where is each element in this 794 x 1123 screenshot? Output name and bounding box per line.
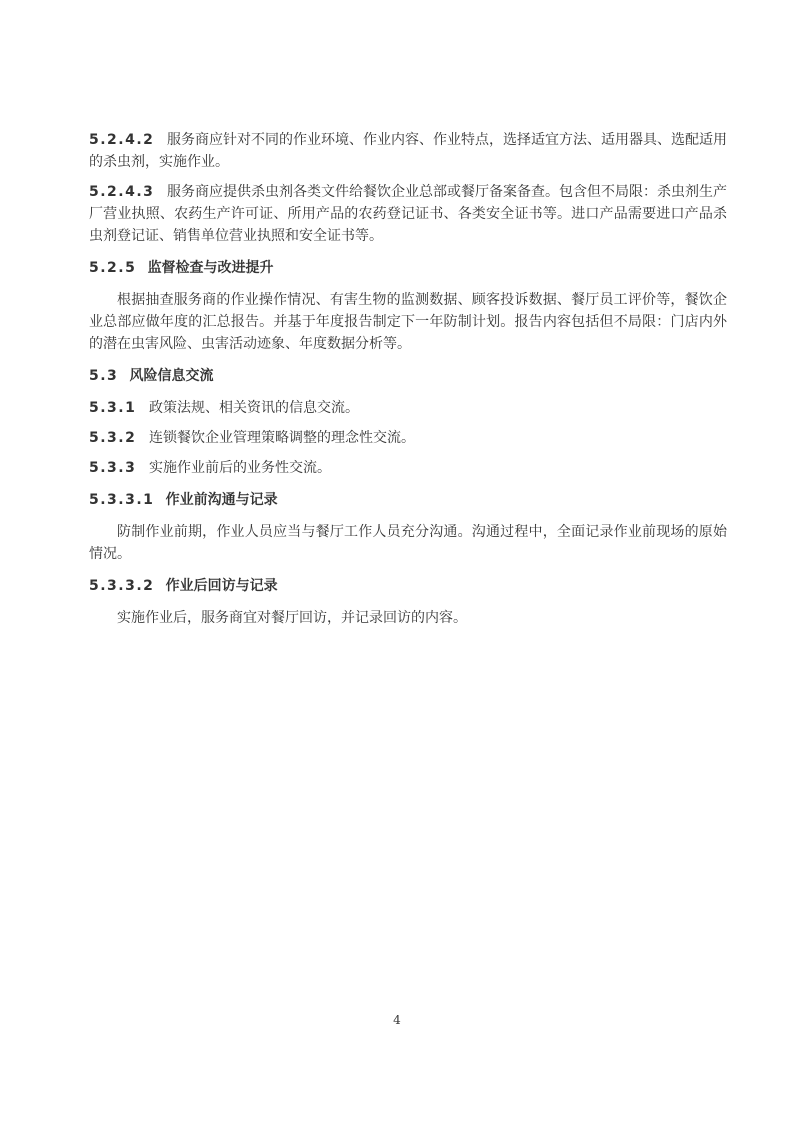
clause-number: 5.3.2 bbox=[89, 430, 136, 446]
heading-title: 作业后回访与记录 bbox=[166, 578, 278, 594]
heading-number: 5.2.5 bbox=[89, 260, 136, 276]
page-number: 4 bbox=[0, 1012, 794, 1028]
clause-text: 连锁餐饮企业管理策略调整的理念性交流。 bbox=[149, 430, 415, 446]
clause-text: 服务商应针对不同的作业环境、作业内容、作业特点，选择适宜方法、适用器具、选配适用… bbox=[89, 132, 727, 170]
clause-5-3-1: 5.3.1政策法规、相关资讯的信息交流。 bbox=[89, 397, 727, 419]
clause-number: 5.2.4.3 bbox=[89, 184, 154, 200]
heading-5-2-5: 5.2.5监督检查与改进提升 bbox=[89, 257, 727, 279]
clause-number: 5.3.3 bbox=[89, 460, 136, 476]
clause-text: 实施作业前后的业务性交流。 bbox=[149, 460, 331, 476]
heading-number: 5.3.3.2 bbox=[89, 578, 154, 594]
heading-title: 监督检查与改进提升 bbox=[148, 260, 274, 276]
document-body: 5.2.4.2服务商应针对不同的作业环境、作业内容、作业特点，选择适宜方法、适用… bbox=[89, 129, 727, 637]
clause-number: 5.2.4.2 bbox=[89, 132, 154, 148]
heading-number: 5.3 bbox=[89, 368, 118, 384]
heading-5-3-3-2: 5.3.3.2作业后回访与记录 bbox=[89, 575, 727, 597]
clause-5-2-4-3: 5.2.4.3服务商应提供杀虫剂各类文件给餐饮企业总部或餐厅备案备查。包含但不局… bbox=[89, 181, 727, 247]
clause-5-3-3: 5.3.3实施作业前后的业务性交流。 bbox=[89, 457, 727, 479]
clause-text: 政策法规、相关资讯的信息交流。 bbox=[149, 400, 359, 416]
document-page: 5.2.4.2服务商应针对不同的作业环境、作业内容、作业特点，选择适宜方法、适用… bbox=[0, 0, 794, 1123]
paragraph-annual-report: 根据抽查服务商的作业操作情况、有害生物的监测数据、顾客投诉数据、餐厅员工评价等，… bbox=[89, 289, 727, 355]
heading-5-3: 5.3风险信息交流 bbox=[89, 365, 727, 387]
clause-5-2-4-2: 5.2.4.2服务商应针对不同的作业环境、作业内容、作业特点，选择适宜方法、适用… bbox=[89, 129, 727, 173]
heading-title: 作业前沟通与记录 bbox=[166, 492, 278, 508]
clause-5-3-2: 5.3.2连锁餐饮企业管理策略调整的理念性交流。 bbox=[89, 427, 727, 449]
clause-text: 服务商应提供杀虫剂各类文件给餐饮企业总部或餐厅备案备查。包含但不局限：杀虫剂生产… bbox=[89, 184, 727, 244]
paragraph-pre-work-communication: 防制作业前期，作业人员应当与餐厅工作人员充分沟通。沟通过程中，全面记录作业前现场… bbox=[89, 521, 727, 565]
heading-5-3-3-1: 5.3.3.1作业前沟通与记录 bbox=[89, 489, 727, 511]
paragraph-post-work-followup: 实施作业后，服务商宜对餐厅回访，并记录回访的内容。 bbox=[89, 607, 727, 629]
heading-number: 5.3.3.1 bbox=[89, 492, 154, 508]
heading-title: 风险信息交流 bbox=[130, 368, 214, 384]
clause-number: 5.3.1 bbox=[89, 400, 136, 416]
